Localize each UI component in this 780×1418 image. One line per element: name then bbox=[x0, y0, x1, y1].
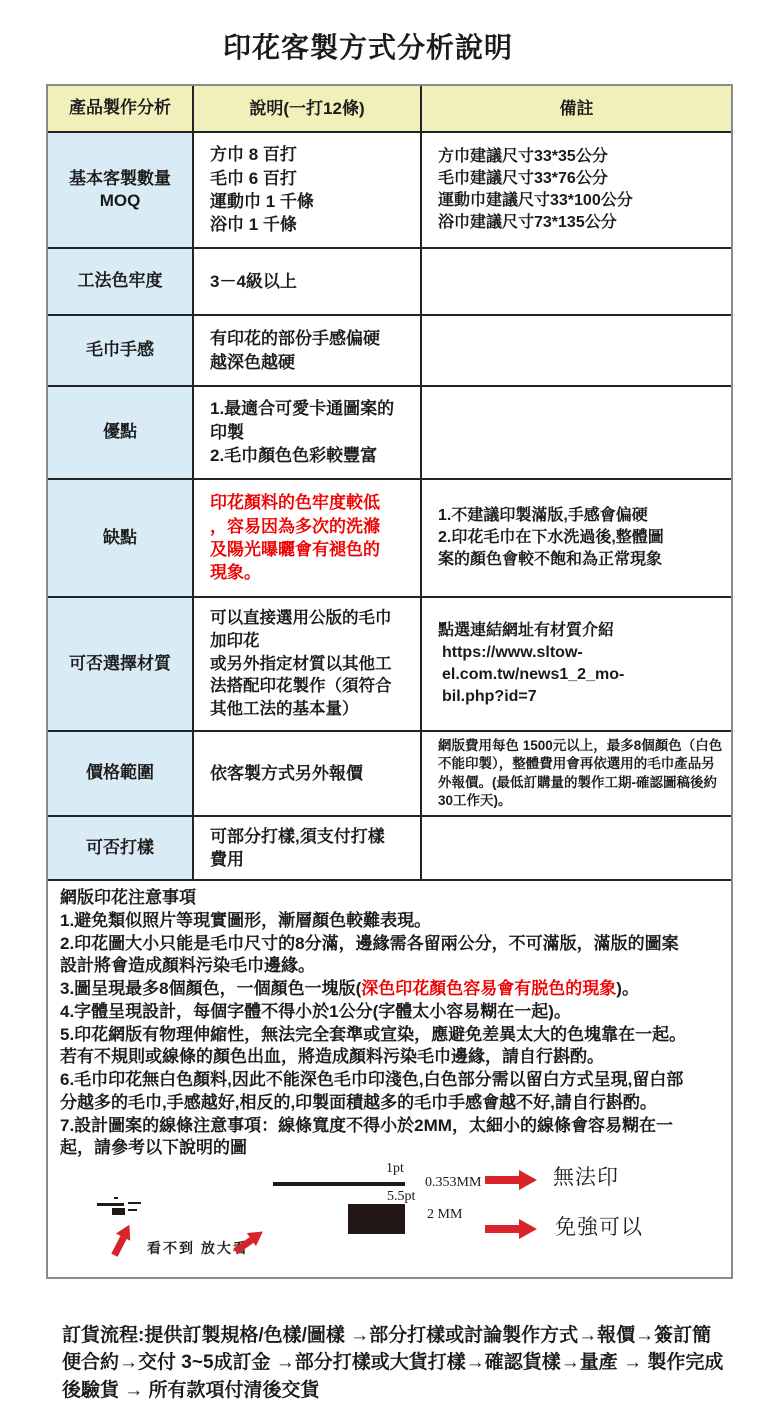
note-line-5: 5.印花網版有物理伸縮性，無法完全套準或宣染，應避免差異太大的色塊靠在一起。 若… bbox=[60, 1024, 721, 1070]
page-title: 印花客製方式分析說明 bbox=[0, 26, 736, 66]
table-row-disadvantages: 缺點 印花顏料的色牢度較低 ，容易因為多次的洗滌 及陽光曝曬會有褪色的 現象。 … bbox=[48, 480, 731, 598]
table-row-moq: 基本客製數量 MOQ 方巾 8 百打 毛巾 6 百打 運動巾 1 千條 浴巾 1… bbox=[48, 133, 731, 249]
row-label-sampling: 可否打樣 bbox=[48, 817, 194, 879]
thick-rect-sample bbox=[348, 1204, 405, 1234]
rect-mm-label: 2 MM bbox=[427, 1206, 462, 1225]
row-label-material-choice: 可否選擇材質 bbox=[48, 598, 194, 730]
row-desc-price-range: 依客製方式另外報價 bbox=[194, 732, 422, 815]
notes-heading: 網版印花注意事項 bbox=[60, 887, 721, 910]
thin-line-sample bbox=[273, 1182, 405, 1186]
row-note-material-choice: 點選連結網址有材質介紹 https://www.sltow- el.com.tw… bbox=[422, 598, 731, 730]
header-description: 說明(一打12條) bbox=[194, 86, 422, 131]
header-remarks: 備註 bbox=[422, 86, 731, 131]
note-line-3: 3.圖呈現最多8個顏色，一個顏色一塊版(深色印花顏色容易會有脱色的現象)。 bbox=[60, 978, 721, 1001]
row-label-hand-feel: 毛巾手感 bbox=[48, 316, 194, 385]
note-line-6: 6.毛巾印花無白色顏料,因此不能深色毛巾印淺色,白色部分需以留白方式呈現,留白部… bbox=[60, 1069, 721, 1115]
table-row-advantages: 優點 1.最適合可愛卡通圖案的 印製 2.毛巾顏色色彩較豐富 bbox=[48, 387, 731, 480]
barely-ok-label: 免強可以 bbox=[555, 1214, 643, 1242]
header-product-analysis: 產品製作分析 bbox=[48, 86, 194, 131]
table-header-row: 產品製作分析 說明(一打12條) 備註 bbox=[48, 86, 731, 133]
row-desc-moq: 方巾 8 百打 毛巾 6 百打 運動巾 1 千條 浴巾 1 千條 bbox=[194, 133, 422, 247]
note-line-3-prefix: 3.圖呈現最多8個顏色，一個顏色一塊版( bbox=[60, 979, 361, 998]
note-line-3-warning: 深色印花顏色容易會有脱色的現象 bbox=[361, 979, 616, 998]
table-row-hand-feel: 毛巾手感 有印花的部份手感偏硬 越深色越硬 bbox=[48, 316, 731, 387]
row-desc-disadvantages: 印花顏料的色牢度較低 ，容易因為多次的洗滌 及陽光曝曬會有褪色的 現象。 bbox=[194, 480, 422, 596]
row-note-color-fastness bbox=[422, 249, 731, 314]
analysis-table: 產品製作分析 說明(一打12條) 備註 基本客製數量 MOQ 方巾 8 百打 毛… bbox=[46, 84, 733, 1279]
row-label-advantages: 優點 bbox=[48, 387, 194, 478]
row-label-moq: 基本客製數量 MOQ bbox=[48, 133, 194, 247]
table-row-sampling: 可否打樣 可部分打樣,須支付打樣 費用 bbox=[48, 817, 731, 881]
row-label-disadvantages: 缺點 bbox=[48, 480, 194, 596]
material-link-url[interactable]: https://www.sltow- el.com.tw/news1_2_mo-… bbox=[438, 642, 624, 708]
note-line-3-suffix: )。 bbox=[616, 979, 639, 998]
zoom-hint-label: 看不到 放大看 bbox=[147, 1239, 249, 1258]
mini-line-sample bbox=[97, 1203, 124, 1206]
note-line-7: 7.設計圖案的線條注意事項：線條寬度不得小於2MM，太細小的線條會容易糊在一 起… bbox=[60, 1115, 721, 1161]
row-label-price-range: 價格範圍 bbox=[48, 732, 194, 815]
note-line-2: 2.印花圖大小只能是毛巾尺寸的8分滿，邊緣需各留兩公分，不可滿版，滿版的圖案 設… bbox=[60, 933, 721, 979]
row-desc-hand-feel: 有印花的部份手感偏硬 越深色越硬 bbox=[194, 316, 422, 385]
row-note-hand-feel bbox=[422, 316, 731, 385]
row-note-disadvantages: 1.不建議印製滿版,手感會偏硬 2.印花毛巾在下水洗過後,整體圖 案的顏色會較不… bbox=[422, 480, 731, 596]
note-line-4: 4.字體呈現設計，每個字體不得小於1公分(字體太小容易糊在一起)。 bbox=[60, 1001, 721, 1024]
table-row-color-fastness: 工法色牢度 3－4級以上 bbox=[48, 249, 731, 316]
row-desc-material-choice: 可以直接選用公版的毛巾 加印花 或另外指定材質以其他工 法搭配印花製作（須符合 … bbox=[194, 598, 422, 730]
arrow-right-icon bbox=[485, 1219, 537, 1239]
note-line-1: 1.避免類似照片等現實圖形，漸層顏色較難表現。 bbox=[60, 910, 721, 933]
rect-55pt-label: 5.5pt bbox=[387, 1188, 415, 1207]
document-page: 印花客製方式分析說明 產品製作分析 說明(一打12條) 備註 基本客製數量 MO… bbox=[0, 0, 780, 1418]
arrow-up-right-icon bbox=[230, 1225, 267, 1258]
row-note-moq: 方巾建議尺寸33*35公分 毛巾建議尺寸33*76公分 運動巾建議尺寸33*10… bbox=[422, 133, 731, 247]
material-link-intro: 點選連結網址有材質介紹 bbox=[438, 620, 624, 642]
order-process-text: 訂貨流程:提供訂製規格/色樣/圖樣 →部分打樣或討論製作方式→報價→簽訂簡便合約… bbox=[62, 1322, 724, 1404]
row-label-color-fastness: 工法色牢度 bbox=[48, 249, 194, 314]
line-1pt-label: 1pt bbox=[386, 1160, 404, 1179]
row-note-sampling bbox=[422, 817, 731, 879]
table-row-price-range: 價格範圍 依客製方式另外報價 網版費用每色 1500元以上，最多8個顏色（白色不… bbox=[48, 732, 731, 817]
line-mm-label: 0.353MM bbox=[425, 1174, 481, 1193]
row-desc-advantages: 1.最適合可愛卡通圖案的 印製 2.毛巾顏色色彩較豐富 bbox=[194, 387, 422, 478]
mini-rect-sample bbox=[112, 1208, 125, 1215]
row-note-price-range: 網版費用每色 1500元以上，最多8個顏色（白色不能印製），整體費用會再依選用的… bbox=[422, 732, 731, 815]
mini-text-mark bbox=[128, 1202, 141, 1204]
row-desc-color-fastness: 3－4級以上 bbox=[194, 249, 422, 314]
row-desc-sampling: 可部分打樣,須支付打樣 費用 bbox=[194, 817, 422, 879]
mini-text-mark bbox=[128, 1209, 137, 1211]
warning-text: 印花顏料的色牢度較低 ，容易因為多次的洗滌 及陽光曝曬會有褪色的 現象。 bbox=[210, 491, 380, 585]
row-note-advantages bbox=[422, 387, 731, 478]
table-row-material-choice: 可否選擇材質 可以直接選用公版的毛巾 加印花 或另外指定材質以其他工 法搭配印花… bbox=[48, 598, 731, 732]
notes-section: 網版印花注意事項 1.避免類似照片等現實圖形，漸層顏色較難表現。 2.印花圖大小… bbox=[48, 881, 731, 1277]
arrow-right-icon bbox=[485, 1170, 537, 1190]
mini-label-mark bbox=[114, 1197, 118, 1199]
cannot-print-label: 無法印 bbox=[553, 1164, 619, 1192]
arrow-up-icon bbox=[107, 1221, 137, 1259]
